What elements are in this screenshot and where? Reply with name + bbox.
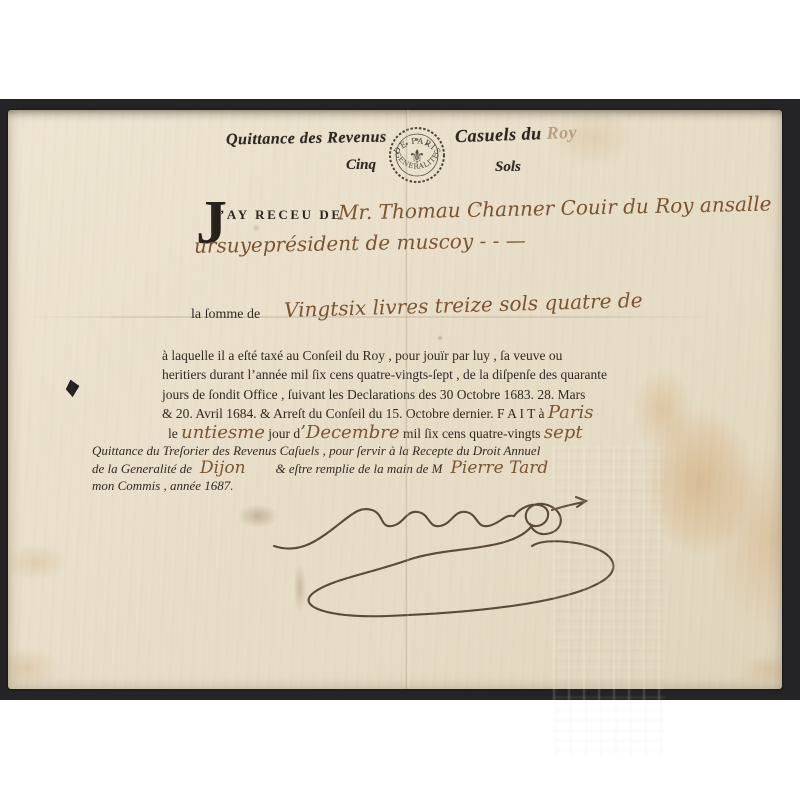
footer-line2-printed-b: & eſtre remplie de la main de M [276, 461, 443, 476]
document-paper: Quittance des Revenus DE PARIS [8, 110, 782, 689]
paragraph-line-5: le untiesme jour d’Decembre mil ſix cens… [168, 424, 710, 443]
photo-backdrop: Quittance des Revenus DE PARIS [0, 99, 800, 700]
day-handwritten: untiesme [181, 422, 265, 443]
footer-line-1: Quittance du Treſorier des Revenus Caſue… [92, 442, 548, 460]
place-handwritten: Paris [548, 402, 594, 423]
fleur-de-lis-icon: ⚜ [408, 146, 425, 168]
paragraph-line-1: à laquelle il a eſté taxé au Conſeil du … [162, 346, 710, 365]
denomination-sols: Sols [495, 159, 521, 176]
paper-hole [65, 379, 80, 398]
generalite-handwritten: Dijon [200, 458, 246, 478]
vertical-fold-crease [405, 110, 409, 689]
sum-label-printed: la ſomme de [191, 307, 260, 323]
embossed-texture [553, 446, 665, 756]
paragraph-line-4-printed: & 20. Avril 1684. & Arreſt du Conſeil du… [162, 406, 548, 421]
payer-handwritten-line1: Mr. Thomau Channer Couir du Roy ansalle [338, 191, 772, 224]
footer-line-2: de la Generalité deDijon& eſtre remplie … [92, 460, 548, 478]
line5-jour: jour d [265, 426, 300, 441]
paragraph-line-3: jours de ſondit Office , ſuivant les Dec… [162, 385, 710, 404]
footer-line2-printed-a: de la Generalité de [92, 461, 192, 476]
denomination-cinq: Cinq [346, 157, 376, 174]
header-title-right-text: Casuels du [455, 123, 547, 146]
year-handwritten: sept [544, 422, 583, 443]
paragraph-line-2: heritiers durant l’année mil ſix cens qu… [162, 365, 710, 384]
receipt-opening-printed: ’AY RECEU DE [220, 207, 343, 223]
header-title-right: Casuels du Roy [455, 122, 578, 147]
horizontal-fold-crease [20, 316, 720, 318]
commis-name-handwritten: Pierre Tard [450, 458, 548, 478]
screenshot-stage: Quittance des Revenus DE PARIS [0, 0, 800, 800]
line5-printed: mil ſix cens quatre-vingts [400, 426, 544, 441]
body-paragraph: à laquelle il a eſté taxé au Conſeil du … [162, 346, 710, 443]
header-title-left: Quittance des Revenus [226, 129, 387, 150]
payer-handwritten-line2: ursuyeprésident de muscoy - - — [194, 228, 526, 258]
month-handwritten: ’Decembre [300, 422, 399, 443]
seal-icon: DE PARIS GENERALITE ⚜ [385, 119, 449, 189]
line5-le: le [168, 426, 181, 441]
generalite-seal: DE PARIS GENERALITE ⚜ [385, 119, 449, 189]
header-title-roy-faded: Roy [546, 122, 577, 143]
